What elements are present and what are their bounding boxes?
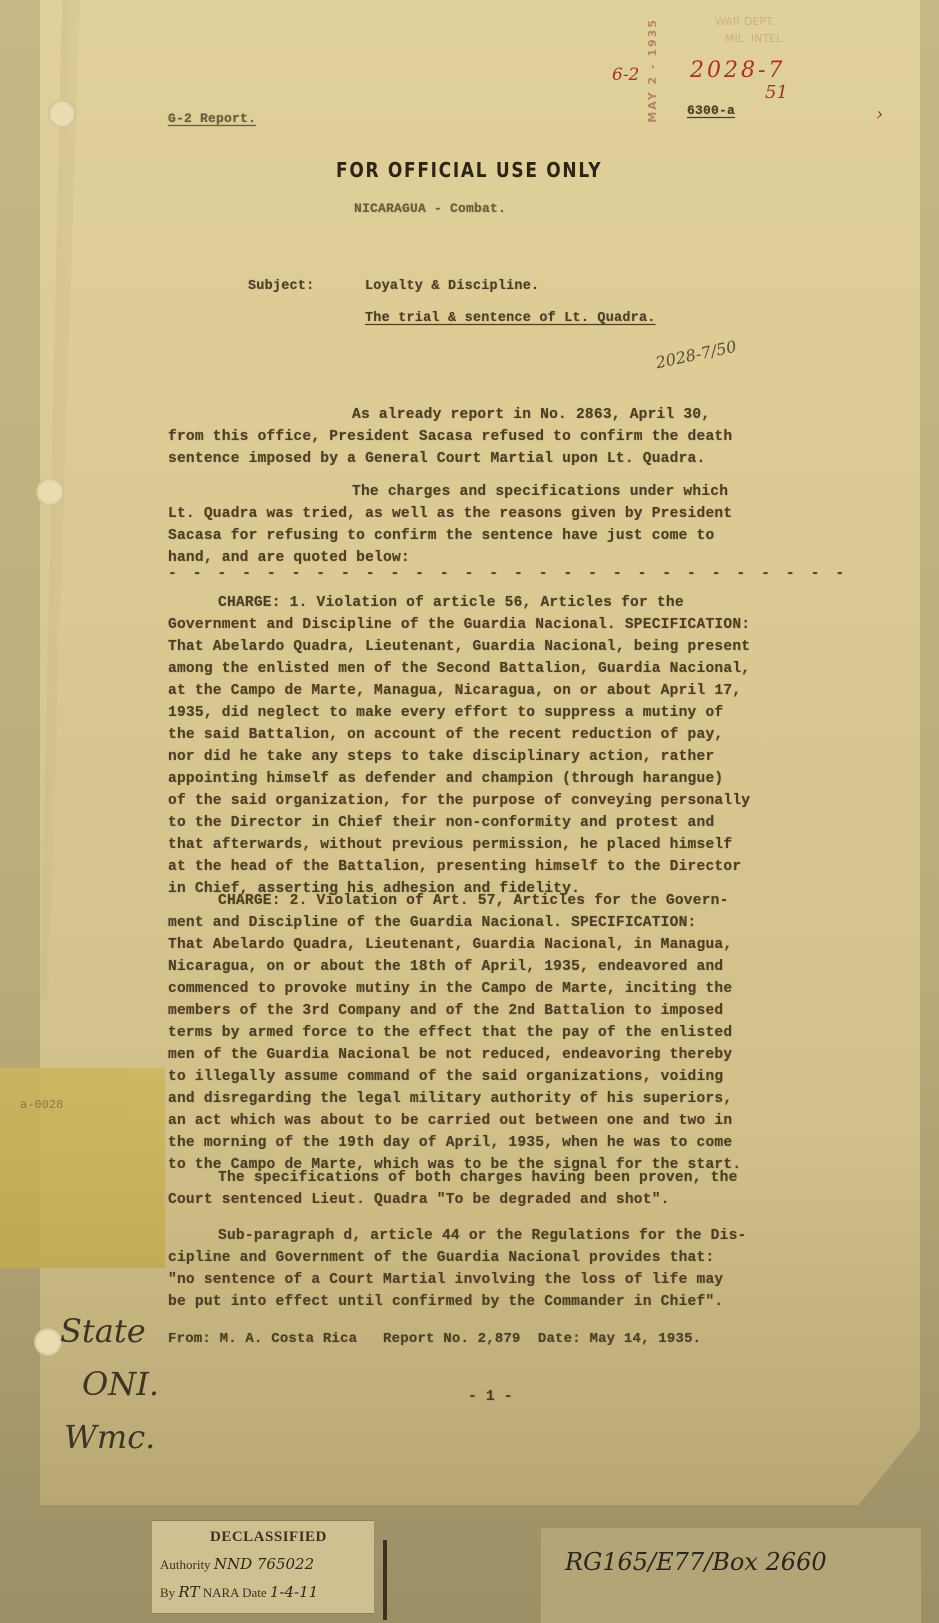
charge1-line: among the enlisted men of the Second Bat… [168, 658, 750, 680]
handwritten-ref-suffix: 51 [765, 82, 788, 103]
sticky-note-code: a-0028 [20, 1098, 63, 1112]
handwritten-note-state: State [60, 1312, 146, 1350]
declassified-authority-line: Authority NND 765022 [160, 1555, 314, 1573]
charge1-line: the said Battalion, on account of the re… [168, 724, 723, 746]
paragraph-4-line-1: Sub-paragraph d, article 44 or the Regul… [218, 1225, 747, 1247]
charge2-line: to illegally assume command of the said … [168, 1066, 723, 1088]
declassified-title: DECLASSIFIED [210, 1529, 327, 1546]
nara-date-label: NARA Date [203, 1585, 267, 1600]
charge1-line: to the Director in Chief their non-confo… [168, 812, 714, 834]
charge2-line: That Abelardo Quadra, Lieutenant, Guardi… [168, 934, 732, 956]
classification-stamp: FOR OFFICIAL USE ONLY [336, 158, 602, 182]
paragraph-4-line-4: be put into effect until confirmed by th… [168, 1291, 723, 1313]
subject-line-2: The trial & sentence of Lt. Quadra. [365, 308, 656, 330]
sticky-note: a-0028 [0, 1068, 165, 1268]
file-number: 6300-a [687, 100, 735, 122]
punch-hole-middle [36, 478, 64, 506]
paragraph-2-line-1: The charges and specifications under whi… [352, 481, 728, 503]
charge2-line: an act which was about to be carried out… [168, 1110, 732, 1132]
charge2-line: Nicaragua, on or about the 18th of April… [168, 956, 723, 978]
report-source-line: From: M. A. Costa Rica Report No. 2,879 … [168, 1328, 701, 1350]
archive-reference-label: RG165/E77/Box 2660 [540, 1528, 921, 1623]
subject-line-1: Loyalty & Discipline. [365, 276, 539, 298]
page-number: - 1 - [468, 1386, 513, 1408]
charge1-line: nor did he take any steps to take discip… [168, 746, 714, 768]
charge2-line: members of the 3rd Company and of the 2n… [168, 1000, 723, 1022]
paragraph-1-line-2: from this office, President Sacasa refus… [168, 426, 732, 448]
punch-hole-bottom [34, 1328, 62, 1356]
paragraph-1-line-3: sentence imposed by a General Court Mart… [168, 448, 705, 470]
paragraph-1-line-1: As already report in No. 2863, April 30, [352, 404, 710, 426]
country-topic: NICARAGUA - Combat. [354, 198, 506, 220]
received-date-stamp: MAY 2 - 1935 [646, 18, 659, 123]
clip-edge [383, 1540, 387, 1620]
faded-stamp-line-1: WAR DEPT. [715, 15, 775, 28]
by-label: By [160, 1585, 175, 1600]
charge2-line: CHARGE: 2. Violation of Art. 57, Article… [218, 890, 729, 912]
authority-label: Authority [160, 1557, 211, 1572]
charge2-line: terms by armed force to the effect that … [168, 1022, 732, 1044]
handwritten-check-mark: › [876, 104, 883, 125]
charge2-line: men of the Guardia Nacional be not reduc… [168, 1044, 732, 1066]
paragraph-3-line-1: The specifications of both charges havin… [218, 1167, 738, 1189]
paragraph-4-line-3: "no sentence of a Court Martial involvin… [168, 1269, 723, 1291]
charge1-line: at the head of the Battalion, presenting… [168, 856, 741, 878]
charge2-line: ment and Discipline of the Guardia Nacio… [168, 912, 697, 934]
paragraph-4-line-2: cipline and Government of the Guardia Na… [168, 1247, 714, 1269]
handwritten-ref-number: 2028-7 [690, 58, 785, 83]
charge1-line: of the said organization, for the purpos… [168, 790, 750, 812]
handwritten-note-initials: Wmc. [64, 1418, 155, 1456]
paragraph-3-line-2: Court sentenced Lieut. Quadra "To be deg… [168, 1189, 670, 1211]
charge1-line: That Abelardo Quadra, Lieutenant, Guardi… [168, 636, 750, 658]
report-type: G-2 Report. [168, 108, 256, 130]
by-value: RT [178, 1583, 199, 1601]
handwritten-ref-prefix: 6-2 [612, 65, 639, 85]
nara-date-value: 1-4-11 [270, 1583, 318, 1601]
subject-label: Subject: [248, 276, 314, 298]
declassified-stamp: DECLASSIFIED Authority NND 765022 By RT … [152, 1520, 374, 1614]
paragraph-2-line-3: Sacasa for refusing to confirm the sente… [168, 525, 714, 547]
charge2-line: and disregarding the legal military auth… [168, 1088, 732, 1110]
authority-value: NND 765022 [214, 1555, 314, 1573]
archive-reference: RG165/E77/Box 2660 [565, 1548, 827, 1576]
charge1-line: CHARGE: 1. Violation of article 56, Arti… [218, 592, 684, 614]
charge1-line: Government and Discipline of the Guardia… [168, 614, 750, 636]
paragraph-2-line-2: Lt. Quadra was tried, as well as the rea… [168, 503, 732, 525]
charge1-line: 1935, did neglect to make every effort t… [168, 702, 723, 724]
declassified-by-line: By RT NARA Date 1-4-11 [160, 1583, 318, 1601]
charge1-line: appointing himself as defender and champ… [168, 768, 723, 790]
charge2-line: the morning of the 19th day of April, 19… [168, 1132, 732, 1154]
charge1-line: that afterwards, without previous permis… [168, 834, 732, 856]
punch-hole-top [48, 100, 76, 128]
faded-stamp-line-2: MIL. INTEL. [725, 32, 786, 45]
charge2-line: commenced to provoke mutiny in the Campo… [168, 978, 732, 1000]
handwritten-note-oni: ONI. [82, 1365, 159, 1403]
charge1-line: at the Campo de Marte, Managua, Nicaragu… [168, 680, 741, 702]
separator-dashes: - - - - - - - - - - - - - - - - - - - - … [168, 563, 848, 585]
